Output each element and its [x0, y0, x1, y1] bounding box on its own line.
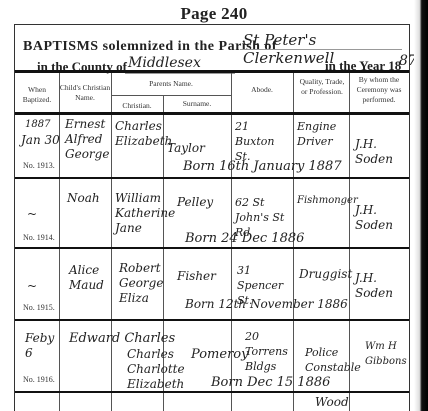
entry-born-note: Born Dec 15 1886 — [211, 375, 330, 390]
entry-born-note: Born 12th November 1886 — [185, 297, 348, 311]
entry-number: No. 1914. — [23, 233, 55, 242]
col-header-surname: Surname. — [163, 99, 231, 109]
entry-abode: 20 Torrens Bldgs — [245, 329, 299, 374]
header-bottom-rule — [15, 112, 409, 115]
entry-child-name: Edward Charles — [69, 331, 175, 346]
entry-surname: Taylor — [167, 141, 205, 156]
entry-year: 1887 — [25, 117, 50, 132]
ditto-mark: ~ — [27, 279, 37, 293]
entry-quality: Druggist — [299, 267, 352, 282]
entry-quality: Engine Driver — [297, 119, 347, 149]
col-header-parents: Parents Name. — [111, 79, 231, 89]
baptisms-heading: BAPTISMS solemnized in the Parish of — [23, 39, 277, 55]
parish-underline — [240, 49, 402, 50]
entry-child-name: Alice Maud — [69, 263, 109, 293]
col-header-child: Child's Christian Name. — [59, 83, 111, 103]
entry-by-whom: J.H. Soden — [355, 203, 409, 233]
entry-date: Jan 30 — [21, 133, 60, 148]
entry-child-name: Ernest Alfred George — [65, 117, 111, 162]
entry-rule — [15, 319, 409, 321]
entry-parents-christian: Charles Elizabeth — [115, 119, 163, 149]
col-header-by-whom: By whom the Ceremony was performed. — [353, 75, 405, 105]
col-divider — [111, 73, 112, 411]
partial-next-entry: Wood — [315, 395, 349, 410]
register-sheet: BAPTISMS solemnized in the Parish of St … — [14, 24, 410, 411]
col-divider — [59, 73, 60, 411]
entry-surname: Pelley — [177, 195, 213, 210]
entry-rule — [15, 391, 409, 393]
entry-number: No. 1915. — [23, 303, 55, 312]
entry-born-note: Born 24 Dec 1886 — [185, 231, 304, 246]
page-title: Page 240 — [0, 4, 428, 24]
ditto-mark: ~ — [27, 207, 37, 221]
entry-by-whom: Wm H Gibbons — [365, 339, 409, 369]
entry-quality: Fishmonger — [297, 193, 358, 208]
entry-parents-christian: Robert George Eliza — [119, 261, 163, 306]
entry-by-whom: J.H. Soden — [355, 137, 409, 167]
parents-sub-rule — [111, 95, 231, 96]
entry-parents-christian: William Katherine Jane — [115, 191, 163, 236]
col-header-quality: Quality, Trade, or Profession. — [297, 77, 347, 97]
entry-number: No. 1913. — [23, 161, 55, 170]
county-name: Middlesex — [128, 55, 201, 71]
entry-surname: Fisher — [177, 269, 216, 284]
entry-surname: Pomeroy — [191, 347, 248, 362]
page-edge-shadow — [414, 0, 428, 411]
entry-born-note: Born 16th January 1887 — [183, 159, 342, 174]
entry-by-whom: J.H. Soden — [355, 271, 409, 301]
entry-rule — [15, 177, 409, 179]
entry-child-name: Noah — [67, 191, 100, 206]
col-header-when: When Baptized. — [15, 85, 59, 105]
entry-rule — [15, 247, 409, 249]
entry-parents-christian: Charles Charlotte Elizabeth — [127, 347, 173, 392]
entry-quality: Police Constable — [305, 345, 353, 375]
col-header-abode: Abode. — [231, 85, 293, 95]
entry-number: No. 1916. — [23, 375, 55, 384]
col-header-christian: Christian. — [111, 101, 163, 111]
county-underline — [125, 73, 235, 74]
entry-abode: 21 Buxton St. — [235, 119, 291, 164]
entry-date: Feby 6 — [25, 331, 55, 361]
